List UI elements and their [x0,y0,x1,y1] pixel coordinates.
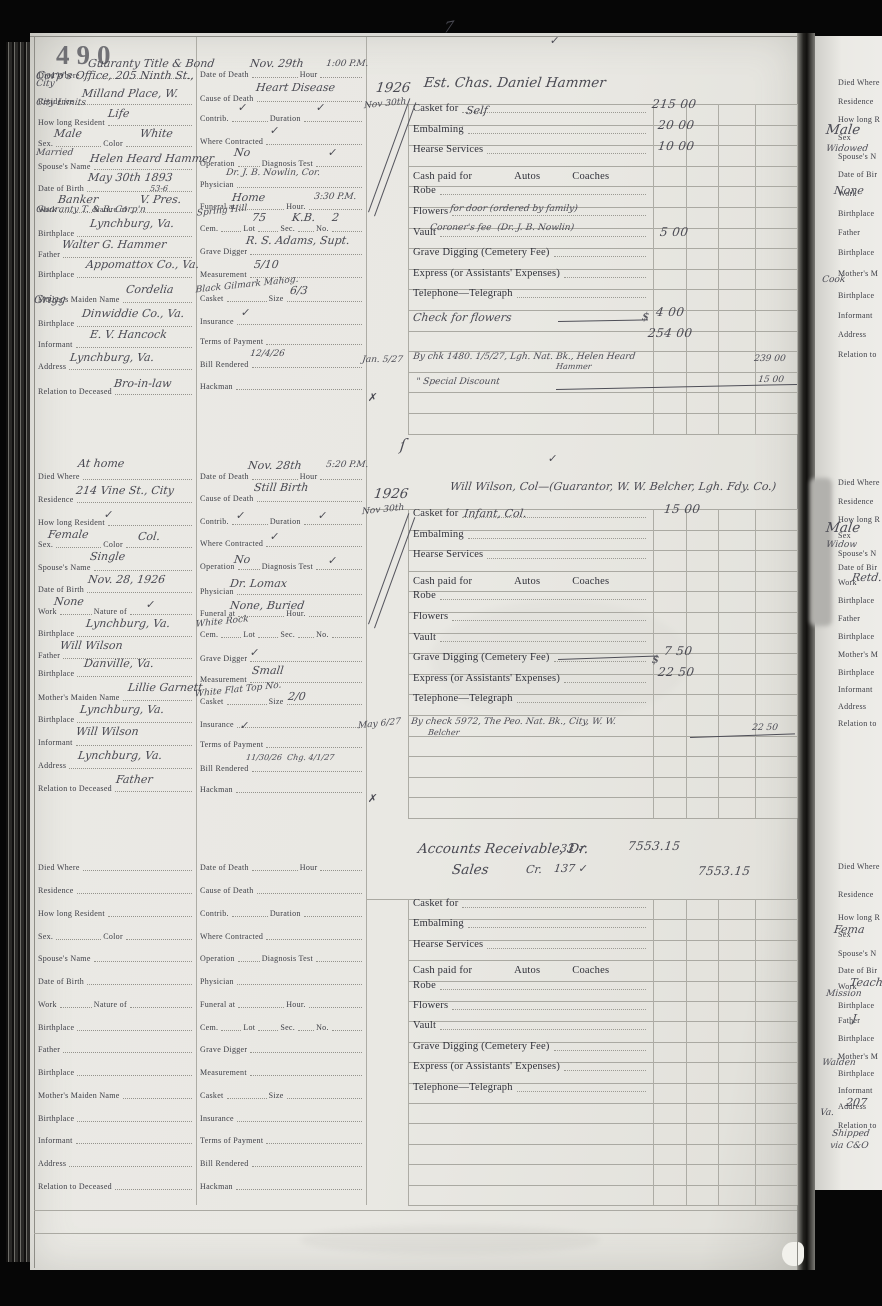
label-hour: Hour [300,71,318,79]
grid-item-vault: Vault [413,1018,648,1031]
label-lot: Lot [243,1024,255,1032]
hw-phys: Dr. J. B. Nowlin, Cor. [225,169,320,178]
label-casket: Casket [200,295,224,303]
leader-dots [77,103,192,105]
label-date_of_death: Date of Death [200,473,249,481]
field-row-s3-dob: Date of Birth [38,975,194,986]
field-row-s1-operation: OperationDiagnosis Test [200,157,364,168]
hw-amt_vault: 5 00 [659,226,689,239]
grid-item-hearse: Hearse Services [413,937,648,950]
label-cem: Cem. [200,225,218,233]
leader-dots [60,613,92,615]
leader-dots [108,124,192,126]
leader-dots [487,557,646,559]
label-duration: Duration [270,115,301,123]
field-row-s3-measurement: Measurement [200,1066,364,1077]
label-lot: Lot [243,631,255,639]
bleedthrough-smudge [300,1225,600,1255]
leader-dots [287,1097,362,1099]
hw-bp1: Lynchburg, Va. [89,218,174,230]
label-hour2: Hour. [286,203,306,211]
label-operation: Operation [200,563,235,571]
label-contrib: Contrib. [200,115,229,123]
grid-line [408,413,797,414]
label-hackman: Hackman [200,1183,233,1191]
leader-dots [236,388,362,390]
hw-died3: City [35,80,55,89]
side-hw-s1_sex: Male [825,123,861,137]
hw-father: Will Wilson [59,640,123,652]
grid-line [408,797,797,798]
leader-dots [238,568,260,570]
grid-item-vault: Vault [413,630,648,643]
leader-dots [258,1029,278,1031]
label-telephone: Telephone—Telegraph [413,1083,513,1094]
label-size: Size [269,295,284,303]
field-row-s3-terms: Terms of Payment [200,1134,364,1145]
field-row-s3-father: Father [38,1043,194,1054]
grid-item-casket_for: Casket for [413,506,648,519]
field-row-s3-insurance: Insurance [200,1112,364,1123]
hw-pay_text2: Belcher [427,729,459,737]
grid-item-cash-paid: Cash paid forAutosCoaches [413,576,609,588]
side-label-2-11: Birthplace [838,668,874,677]
hw-amt_embalm: 20 00 [657,119,695,132]
label-where_contracted: Where Contracted [200,540,263,548]
field-row-s3-mothers_maiden: Mother's Maiden Name [38,1089,194,1100]
field-row-s1-physician: Physician [200,178,364,189]
leader-dots [468,132,646,134]
side-hw-s2_wid: Widow [825,541,857,550]
grid-column-line [408,899,409,1205]
leader-dots [252,76,298,78]
label-birthplace: Birthplace [38,630,74,638]
label-grave_digging: Grave Digging (Cemetery Fee) [413,653,550,664]
grid-line [408,1205,797,1206]
leader-dots [237,186,362,188]
label-hour: Hour [300,864,318,872]
hw-meas: Small [251,665,284,677]
hw-ar_amt: 7553.15 [627,840,681,853]
hw-bp2: Appomattox Co., Va. [85,259,200,271]
hw-mother: Lillie Garnett [127,682,203,694]
side-hw-s2_work: Retd. [851,572,882,584]
leader-dots [238,960,260,962]
label-birthplace: Birthplace [38,1024,74,1032]
leader-dots [440,193,646,195]
label-birthplace: Birthplace [38,670,74,678]
field-row-s2-grave_digger: Grave Digger [200,652,364,663]
hw-casket_for: Self [465,105,488,117]
leader-dots [130,613,192,615]
leader-dots [252,478,298,480]
field-row-s3-birthplace: Birthplace [38,1021,194,1032]
side-hw-s2_sex: Male [825,521,861,535]
hw-sales_amt: 7553.15 [697,865,751,878]
grid-column-line [718,899,719,1205]
hw-diag_t: ✓ [327,147,338,159]
label-father: Father [38,652,60,660]
grid-line [408,1103,797,1104]
leader-dots [76,346,192,348]
label-work: Work [38,1001,57,1009]
label-color: Color [103,933,123,941]
label-casket_for: Casket for [413,104,458,115]
label-vault: Vault [413,633,436,644]
label-sex: Sex. [38,933,53,941]
leader-dots [87,591,192,593]
leader-dots [564,276,646,278]
leader-dots [266,545,362,547]
field-row-s3-cause: Cause of Death [200,884,364,895]
leader-dots [227,1097,267,1099]
hw-informant: Will Wilson [75,726,139,738]
label-sex: Sex. [38,541,53,549]
hw-work: Banker [57,194,99,206]
hw-fun: Home [231,192,266,204]
label-express: Express (or Assistants' Expenses) [413,674,560,685]
label-casket_for: Casket for [413,899,458,910]
label-cem: Cem. [200,631,218,639]
label-address: Address [38,363,66,371]
leader-dots [452,1008,646,1010]
label-father: Father [38,1046,60,1054]
label-robe: Robe [413,186,436,197]
field-row-s3-bill_rendered: Bill Rendered [200,1157,364,1168]
hw-father: Walter G. Hammer [61,239,167,251]
side-label-3-11: Birthplace [838,1069,874,1078]
label-terms: Terms of Payment [200,741,263,749]
leader-dots [56,546,101,548]
field-row-s2-operation: OperationDiagnosis Test [200,560,364,571]
side-label-1-1: Residence [838,97,874,106]
column-rule-2 [366,37,367,1205]
hw-bp3: Lynchburg, Va. [79,704,164,716]
label-insurance: Insurance [200,1115,234,1123]
label-how_long: How long Resident [38,519,105,527]
leader-dots [252,869,298,871]
grid-column-line [797,509,798,818]
hw-amt_grave: 7 50 [663,645,693,658]
leader-dots [320,869,362,871]
leader-dots [517,296,646,298]
hw-lot_v: 75 [251,212,266,224]
label-sex: Sex. [38,140,53,148]
side-hw-s1_wid: Widowed [825,145,868,154]
grid-column-line [718,104,719,434]
field-row-s2-how_long: How long Resident [38,516,194,527]
leader-dots [83,869,192,871]
label-bill_rendered: Bill Rendered [200,765,249,773]
label-autos: Autos [514,965,540,976]
leader-dots [250,660,362,662]
hw-bp3: Dinwiddie Co., Va. [81,308,185,320]
grid-column-line [686,509,687,818]
field-row-s1-hackman: Hackman [200,380,364,391]
hw-pay_amt: 22 50 [751,724,778,733]
leader-dots [77,675,192,677]
label-coaches: Coaches [572,576,609,587]
side-hw-s3_work2: Mission [825,990,862,999]
hw-informant: E. V. Hancock [89,329,167,341]
hw-spouse: Helen Heard Hammer [89,153,214,165]
label-measurement: Measurement [200,271,247,279]
leader-dots [287,300,362,302]
hw-op: No [233,147,251,159]
leader-dots [236,1188,362,1190]
label-no: No. [316,631,329,639]
grid-line [408,434,797,435]
label-sec: Sec. [280,1024,295,1032]
hw-bp1: Lynchburg, Va. [85,618,170,630]
label-no: No. [316,1024,329,1032]
leader-dots [221,230,241,232]
label-terms: Terms of Payment [200,1137,263,1145]
label-cause: Cause of Death [200,495,254,503]
label-contrib: Contrib. [200,910,229,918]
hw-title: Will Wilson, Col—(Guarantor, W. W. Belch… [449,481,776,493]
side-label-3-5: Date of Bir [838,966,877,975]
side-hw-s1_mother2: Cook [821,276,845,285]
grid-item-embalming: Embalming [413,527,648,540]
leader-dots [266,343,362,345]
page-left-edge [34,36,35,1268]
hw-how: Life [107,108,130,120]
label-casket: Casket [200,698,224,706]
label-spouse: Spouse's Name [38,163,91,171]
grid-column-line [797,104,798,434]
grid-column-line [755,899,756,1205]
side-label-2-14: Relation to [838,719,877,728]
hw-sales_text: Sales [451,863,489,877]
hw-nature_t: ✓ [145,599,156,611]
leader-dots [554,255,646,257]
leader-dots [266,143,362,145]
label-birthplace: Birthplace [38,1069,74,1077]
label-measurement: Measurement [200,676,247,684]
leader-dots [517,1090,646,1092]
leader-dots [77,721,192,723]
grid-item-robe: Robe [413,588,648,601]
hw-diag_t: ✓ [327,555,338,567]
leader-dots [69,767,192,769]
leader-dots [126,938,192,940]
field-row-s3-birthplace: Birthplace [38,1066,194,1077]
leader-dots [56,145,101,147]
hw-squig: 7 [443,19,455,36]
label-residence: Residence [38,887,74,895]
label-flowers: Flowers [413,1001,448,1012]
side-label-1-5: Date of Bir [838,170,877,179]
grid-line [408,1123,797,1124]
leader-dots [287,703,362,705]
label-relation: Relation to Deceased [38,388,112,396]
hw-amt_hearse: 10 00 [657,140,695,153]
leader-dots [238,165,260,167]
footer-rule-2 [34,1233,797,1234]
leader-dots [115,393,192,395]
leader-dots [77,325,192,327]
hw-amt_casket: 215 00 [651,98,697,111]
footer-rule-1 [34,1210,797,1211]
hw-flowers_hw: for door (ordered by family) [449,205,578,214]
hw-dod_hour: 5:20 P.M. [325,461,368,470]
grid-line [408,1185,797,1186]
grid-item-robe: Robe [413,183,648,196]
leader-dots [130,1006,192,1008]
grid-column-line [686,104,687,434]
leader-dots [252,1165,362,1167]
side-label-3-0: Died Where [838,862,880,871]
label-color: Color [103,140,123,148]
leader-dots [87,190,192,192]
field-row-s3-sex: Sex.Color [38,930,194,941]
side-hw-s3_addr: 207 [845,1097,867,1109]
side-label-3-9: Birthplace [838,1034,874,1043]
leader-dots [487,947,646,949]
side-label-3-1: Residence [838,890,874,899]
label-embalming: Embalming [413,530,464,541]
label-robe: Robe [413,591,436,602]
leader-dots [468,926,646,928]
side-label-2-9: Birthplace [838,632,874,641]
leader-dots [298,1029,314,1031]
hw-pay_text: By chk 1480. 1/5/27, Lgh. Nat. Bk., Hele… [412,353,635,362]
hw-chk1: ✓ [549,35,560,47]
leader-dots [266,938,362,940]
label-died_where: Died Where [38,473,80,481]
label-no: No. [316,225,329,233]
hw-bp2: Danville, Va. [83,658,154,670]
grid-item-express: Express (or Assistants' Expenses) [413,266,648,279]
label-dob: Date of Birth [38,978,84,986]
grid-line [408,166,797,167]
leader-dots [221,1029,241,1031]
hw-squig: ſ [399,438,407,455]
side-hw-s3_addr2: Va. [819,1109,834,1118]
grid-item-embalming: Embalming [413,916,648,929]
leader-dots [237,1120,362,1122]
page-top-edge [30,36,797,37]
hw-cause: Heart Disease [255,82,335,94]
field-row-s3-funeral_at: Funeral atHour. [200,998,364,1009]
label-physician: Physician [200,978,234,986]
side-label-2-10: Mother's M [838,650,878,659]
leader-dots [257,100,362,102]
field-row-s1-cem: Cem.LotSec.No. [200,222,364,233]
field-row-s2-insurance: Insurance [200,718,364,729]
leader-dots [320,76,362,78]
grid-item-robe: Robe [413,978,648,991]
leader-dots [266,746,362,748]
hw-fun_hour: 3:30 P.M. [313,193,356,202]
hw-mother: Cordelia [125,284,174,296]
hw-spouse: Single [89,551,126,563]
hw-chk_flowers: Check for flowers [412,312,512,324]
hw-amt_casket: 15 00 [663,503,701,516]
leader-dots [227,703,267,705]
hw-res: 214 Vine St., City [75,485,174,497]
hw-op: No [233,554,251,566]
grid-column-line [408,104,409,434]
side-label-1-14: Relation to [838,350,877,359]
hw-address: Lynchburg, Va. [69,352,154,364]
leader-dots [257,892,362,894]
book-page-edges [6,42,31,1262]
grid-line [408,756,797,757]
field-row-s3-work: WorkNature of [38,998,194,1009]
field-row-s3-where_contracted: Where Contracted [200,930,364,941]
label-sec: Sec. [280,225,295,233]
field-row-s3-how_long: How long Resident [38,907,194,918]
leader-dots [76,1142,192,1144]
label-birthplace: Birthplace [38,716,74,724]
field-row-s1-contrib: Contrib.Duration [200,112,364,123]
grid-column-line [686,899,687,1205]
label-diagnosis: Diagnosis Test [262,563,313,571]
side-label-3-4: Spouse's N [838,949,876,958]
hw-size_v: 2/0 [287,691,306,703]
hw-res2: City Limits [35,99,86,108]
label-coaches: Coaches [572,965,609,976]
label-died_where: Died Where [38,864,80,872]
label-duration: Duration [270,518,301,526]
leader-dots [232,120,268,122]
grid-line [408,392,797,393]
hw-sec_v: K.B. [291,212,316,224]
leader-dots [227,300,267,302]
hw-color: White [139,128,173,140]
leader-dots [332,636,362,638]
hw-pay_date: Jan. 5/27 [361,356,403,365]
label-informant: Informant [38,739,73,747]
grid-line [408,1144,797,1145]
leader-dots [564,1069,646,1071]
leader-dots [554,660,646,662]
label-relation: Relation to Deceased [38,785,112,793]
leader-dots [76,744,192,746]
field-row-s3-date_of_death: Date of DeathHour [200,861,364,872]
label-where_contracted: Where Contracted [200,138,263,146]
leader-dots [468,537,646,539]
side-label-3-12: Informant [838,1086,873,1095]
leader-dots [126,145,192,147]
hw-year: 1926 [373,487,409,501]
hw-size_v: 6/3 [289,285,308,297]
leader-dots [94,168,192,170]
leader-dots [232,523,268,525]
side-label-1-12: Informant [838,311,873,320]
hw-amt_chk: 4 00 [655,306,685,319]
side-label-2-12: Informant [838,685,873,694]
field-row-s2-died_where: Died Where [38,470,194,481]
label-autos: Autos [514,576,540,587]
leader-dots [440,235,646,237]
field-row-s3-cem: Cem.LotSec.No. [200,1021,364,1032]
leader-dots [266,1142,362,1144]
leader-dots [332,230,362,232]
side-hw-s3_work: Teach [849,977,882,989]
leader-dots [298,636,314,638]
leader-dots [487,152,646,154]
side-label-3-8: Father [838,1016,860,1025]
leader-dots [77,892,192,894]
label-flowers: Flowers [413,207,448,218]
leader-dots [237,593,362,595]
label-hackman: Hackman [200,383,233,391]
side-hw-s3_rel2: Shipped [831,1130,870,1139]
leader-dots [77,1120,192,1122]
